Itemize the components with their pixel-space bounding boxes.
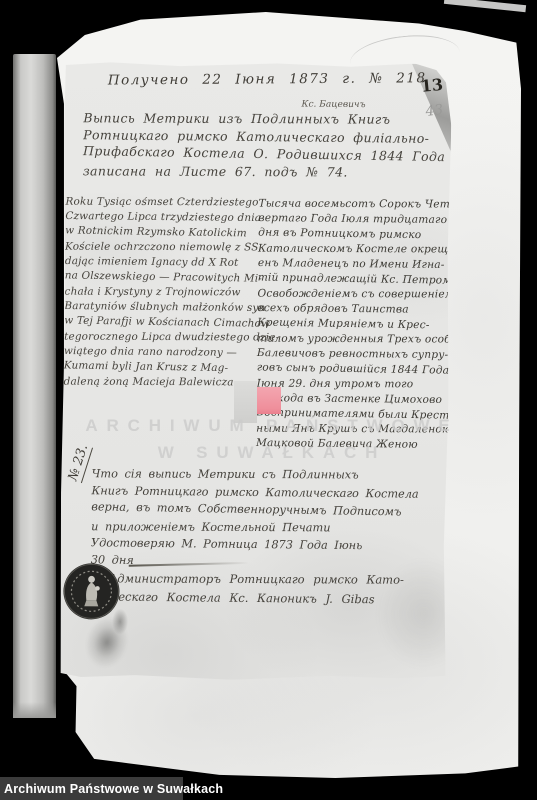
document-page: Получено 22 Іюня 1873 г. № 218 13 43 Кс.…	[58, 60, 452, 682]
body-left-column-polish: Roku Tysiąc ośmset CzterdziestegoCzwarte…	[64, 194, 258, 391]
calibration-patch-gray	[234, 381, 257, 423]
body-right-column-russian: Тысяча восемьсотъ Сорокъ Чет-вертаго Год…	[256, 196, 455, 453]
handwritten-line: daleną żoną Macieja Balewicza	[64, 375, 256, 391]
book-spine-edge	[13, 54, 56, 718]
handwritten-line: Roku Tysiąc ośmset Czterdziestego	[65, 195, 257, 211]
handwritten-line: тиломъ урожденныя Трехъ особъ	[257, 332, 453, 348]
handwritten-line: Мацковой Балевича Женою	[256, 436, 452, 453]
handwritten-line: ными Янъ Крушъ съ Магдаленою	[256, 422, 452, 438]
caption-label: Archiwum Państwowe w Suwałkach	[4, 782, 223, 796]
handwritten-line: Католическомъ Костеле окрещ-	[258, 242, 454, 258]
handwritten-line: tegorocznego Lipca dwudziestego dzie-	[64, 330, 256, 346]
caption-bar: Archiwum Państwowe w Suwałkach	[0, 777, 183, 800]
church-wax-seal	[62, 562, 121, 621]
paper-sliver	[444, 0, 526, 12]
handwritten-line: Администраторъ Ротницкаго римско Като-	[109, 569, 404, 589]
received-header: Получено 22 Іюня 1873 г. № 218	[108, 70, 427, 88]
handwritten-line: записана на Листе 67. подъ № 74.	[83, 162, 445, 181]
calibration-patch-pink	[257, 387, 281, 414]
signature-block: Администраторъ Ротницкаго римско Като-ли…	[108, 568, 404, 608]
archival-scan: Получено 22 Іюня 1873 г. № 218 13 43 Кс.…	[0, 0, 537, 800]
handwritten-line: Тысяча восемьсотъ Сорокъ Чет-	[258, 197, 454, 213]
handwritten-line: Освобожденіемъ съ совершеніемъ	[258, 287, 454, 303]
handwritten-line: chała i Krystyny z Trojnowiczów	[65, 285, 257, 301]
handwritten-line: лическаго Костела Кс. Каноникъ J. Gibas	[96, 587, 404, 609]
registry-intro: Выпись Метрики изъ Подлинныхъ КнигъРотни…	[83, 108, 446, 182]
clerk-signature-note: Кс. Бацевичъ	[301, 99, 365, 110]
page-number-ink: 13	[420, 75, 444, 96]
margin-act-number: № 23.	[66, 443, 93, 484]
handwritten-line: Kościele ochrzczono niemowlę z SS.	[65, 240, 257, 256]
certification-paragraph: Что сія выпись Метрики съ ПодлинныхъКниг…	[91, 464, 419, 573]
handwritten-line: Іюня 29. дня утромъ того	[257, 377, 453, 393]
